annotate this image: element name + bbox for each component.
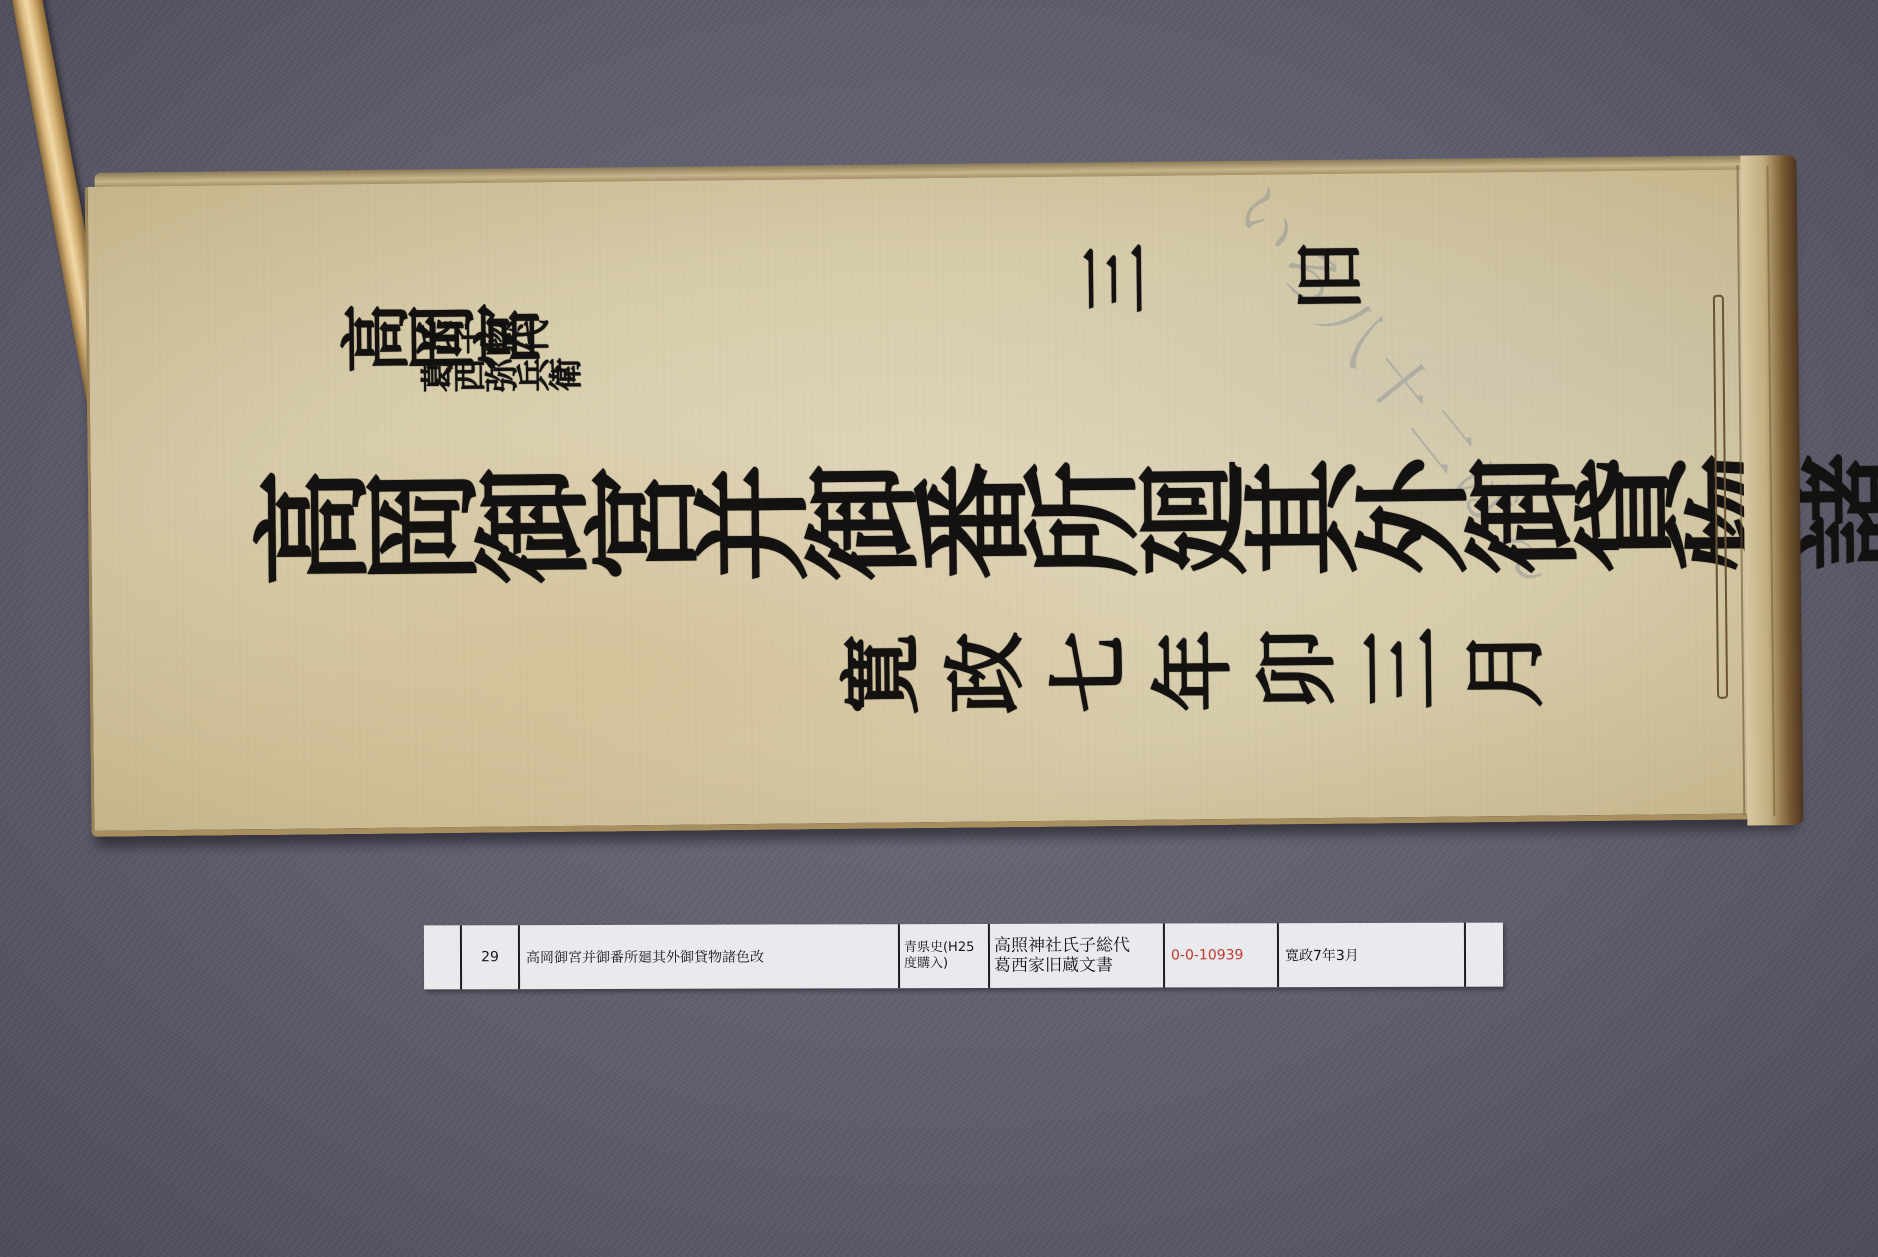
label-cell-collection: 高照神社氏子総代 葛西家旧蔵文書 <box>990 923 1165 987</box>
document-title-calligraphy: 高岡御宮并御番所廻其外御貸物諸色改 <box>250 434 1878 624</box>
signature-sub-line1: 氏子惣代 <box>419 320 547 361</box>
volume-mark: 三 旧 <box>1078 230 1423 335</box>
label-cell-blank-right <box>1466 923 1503 987</box>
label-collection-line1: 高照神社氏子総代 <box>994 936 1130 956</box>
label-cell-number: 29 <box>462 925 520 989</box>
booklet-spine <box>1740 155 1803 826</box>
document-booklet: いろ八十二ばん 三 旧 高岡御宮并御番所廻其外御貸物諸色改 寛政七年卯三月 高岡… <box>85 169 1794 837</box>
label-source-line2: 度購入) <box>904 956 974 972</box>
signature-sub-line2: 葛西弥兵衛 <box>419 358 579 400</box>
spine-fold <box>1737 165 1776 816</box>
label-cell-code: 0-0-10939 <box>1165 923 1279 987</box>
label-cell-source: 青県史(H25 度購入) <box>900 924 990 988</box>
label-cell-blank-left <box>424 925 462 989</box>
label-source-line1: 青県史(H25 <box>904 940 974 956</box>
cover-page: いろ八十二ばん 三 旧 高岡御宮并御番所廻其外御貸物諸色改 寛政七年卯三月 高岡… <box>85 169 1794 837</box>
document-date-calligraphy: 寛政七年卯三月 <box>837 614 1566 739</box>
catalog-label-strip: 29 高岡御宮并御番所廻其外御貸物諸色改 青県史(H25 度購入) 高照神社氏子… <box>424 923 1503 990</box>
label-cell-title: 高岡御宮并御番所廻其外御貸物諸色改 <box>520 924 900 989</box>
label-cell-date: 寛政7年3月 <box>1279 923 1466 987</box>
label-collection-line2: 葛西家旧蔵文書 <box>994 956 1130 976</box>
